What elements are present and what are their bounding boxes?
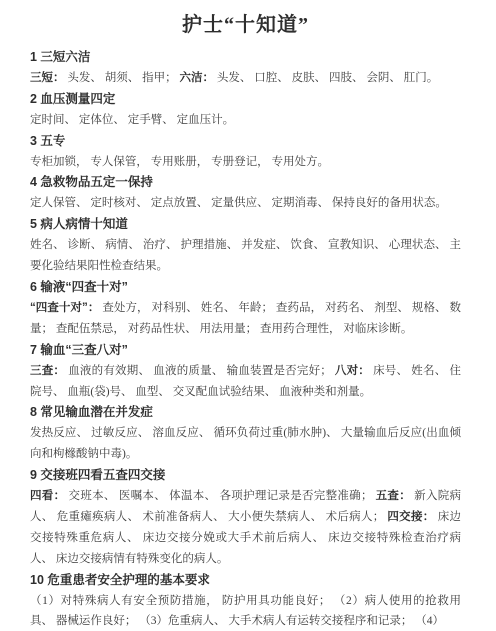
section-body: “四查十对”： 查处方， 对科别、 姓名、 年龄； 查药品， 对药名、 剂型、 …: [30, 298, 461, 340]
body-text-run: 发热反应、 过敏反应、 溶血反应、 循环负荷过重(肺水肿)、 大量输血后反应(出…: [30, 427, 461, 460]
section-body: 三查： 血液的有效期、 血液的质量、 输血装置是否完好； 八对： 床号、 姓名、…: [30, 361, 461, 403]
section: 2 血压测量四定定时间、 定体位、 定手臂、 定血压计。: [30, 89, 461, 131]
section-heading: 10 危重患者安全护理的基本要求: [30, 570, 461, 591]
section-heading: 7 输血“三查八对”: [30, 340, 461, 361]
section-heading: 4 急救物品五定一保持: [30, 172, 461, 193]
section: 6 输液“四查十对”“四查十对”： 查处方， 对科别、 姓名、 年龄； 查药品，…: [30, 277, 461, 340]
section-body: 定时间、 定体位、 定手臂、 定血压计。: [30, 110, 461, 131]
section-body: 姓名、 诊断、 病情、 治疗、 护理措施、 并发症、 饮食、 宣教知识、 心理状…: [30, 235, 461, 277]
section-body: 四看： 交班本、 医嘱本、 体温本、 各项护理记录是否完整准确； 五查： 新入院…: [30, 486, 461, 570]
body-text-run: 交班本、 医嘱本、 体温本、 各项护理记录是否完整准确；: [65, 490, 375, 502]
section-heading: 3 五专: [30, 131, 461, 152]
section: 9 交接班四看五查四交接四看： 交班本、 医嘱本、 体温本、 各项护理记录是否完…: [30, 465, 461, 570]
section-heading: 8 常见输血潜在并发症: [30, 402, 461, 423]
body-text-run: 姓名、 诊断、 病情、 治疗、 护理措施、 并发症、 饮食、 宣教知识、 心理状…: [30, 239, 461, 272]
section: 3 五专专柜加锁， 专人保管， 专用账册， 专册登记， 专用处方。: [30, 131, 461, 173]
body-text-run: 血液的有效期、 血液的质量、 输血装置是否完好；: [65, 365, 335, 377]
section-body: 专柜加锁， 专人保管， 专用账册， 专册登记， 专用处方。: [30, 152, 461, 173]
body-text-run: 头发、 口腔、 皮肤、 四肢、 会阴、 肛门。: [214, 72, 438, 84]
section-heading: 6 输液“四查十对”: [30, 277, 461, 298]
section: 5 病人病情十知道姓名、 诊断、 病情、 治疗、 护理措施、 并发症、 饮食、 …: [30, 214, 461, 277]
document-body: 1 三短六洁三短： 头发、 胡须、 指甲； 六洁： 头发、 口腔、 皮肤、 四肢…: [30, 47, 461, 631]
section-heading: 9 交接班四看五查四交接: [30, 465, 461, 486]
section-heading: 5 病人病情十知道: [30, 214, 461, 235]
section: 7 输血“三查八对”三查： 血液的有效期、 血液的质量、 输血装置是否完好； 八…: [30, 340, 461, 403]
section: 1 三短六洁三短： 头发、 胡须、 指甲； 六洁： 头发、 口腔、 皮肤、 四肢…: [30, 47, 461, 89]
bold-run-in-label: 四交接：: [387, 511, 434, 523]
bold-run-in-label: 六洁：: [180, 72, 215, 84]
bold-run-in-label: 三短：: [30, 72, 65, 84]
section-heading: 1 三短六洁: [30, 47, 461, 68]
bold-run-in-label: 四看：: [30, 490, 65, 502]
body-text-run: （1）对特殊病人有安全预防措施， 防护用具功能良好； （2）病人使用的抢救用具、…: [30, 595, 461, 628]
section-body: 定人保管、 定时核对、 定点放置、 定量供应、 定期消毒、 保持良好的备用状态。: [30, 193, 461, 214]
page-title: 护士“十知道”: [30, 10, 461, 40]
bold-run-in-label: 三查：: [30, 365, 65, 377]
bold-run-in-label: 五查：: [376, 490, 411, 502]
bold-run-in-label: 八对：: [335, 365, 370, 377]
section-body: （1）对特殊病人有安全预防措施， 防护用具功能良好； （2）病人使用的抢救用具、…: [30, 591, 461, 631]
section-heading: 2 血压测量四定: [30, 89, 461, 110]
body-text-run: 专柜加锁， 专人保管， 专用账册， 专册登记， 专用处方。: [30, 156, 329, 168]
section: 4 急救物品五定一保持定人保管、 定时核对、 定点放置、 定量供应、 定期消毒、…: [30, 172, 461, 214]
section-body: 发热反应、 过敏反应、 溶血反应、 循环负荷过重(肺水肿)、 大量输血后反应(出…: [30, 423, 461, 465]
body-text-run: 头发、 胡须、 指甲；: [65, 72, 180, 84]
section-body: 三短： 头发、 胡须、 指甲； 六洁： 头发、 口腔、 皮肤、 四肢、 会阴、 …: [30, 68, 461, 89]
bold-run-in-label: “四查十对”：: [30, 302, 99, 314]
section: 10 危重患者安全护理的基本要求（1）对特殊病人有安全预防措施， 防护用具功能良…: [30, 570, 461, 631]
section: 8 常见输血潜在并发症发热反应、 过敏反应、 溶血反应、 循环负荷过重(肺水肿)…: [30, 402, 461, 465]
body-text-run: 定时间、 定体位、 定手臂、 定血压计。: [30, 114, 234, 126]
body-text-run: 定人保管、 定时核对、 定点放置、 定量供应、 定期消毒、 保持良好的备用状态。: [30, 197, 447, 209]
document-page: 护士“十知道” 1 三短六洁三短： 头发、 胡须、 指甲； 六洁： 头发、 口腔…: [0, 0, 496, 631]
